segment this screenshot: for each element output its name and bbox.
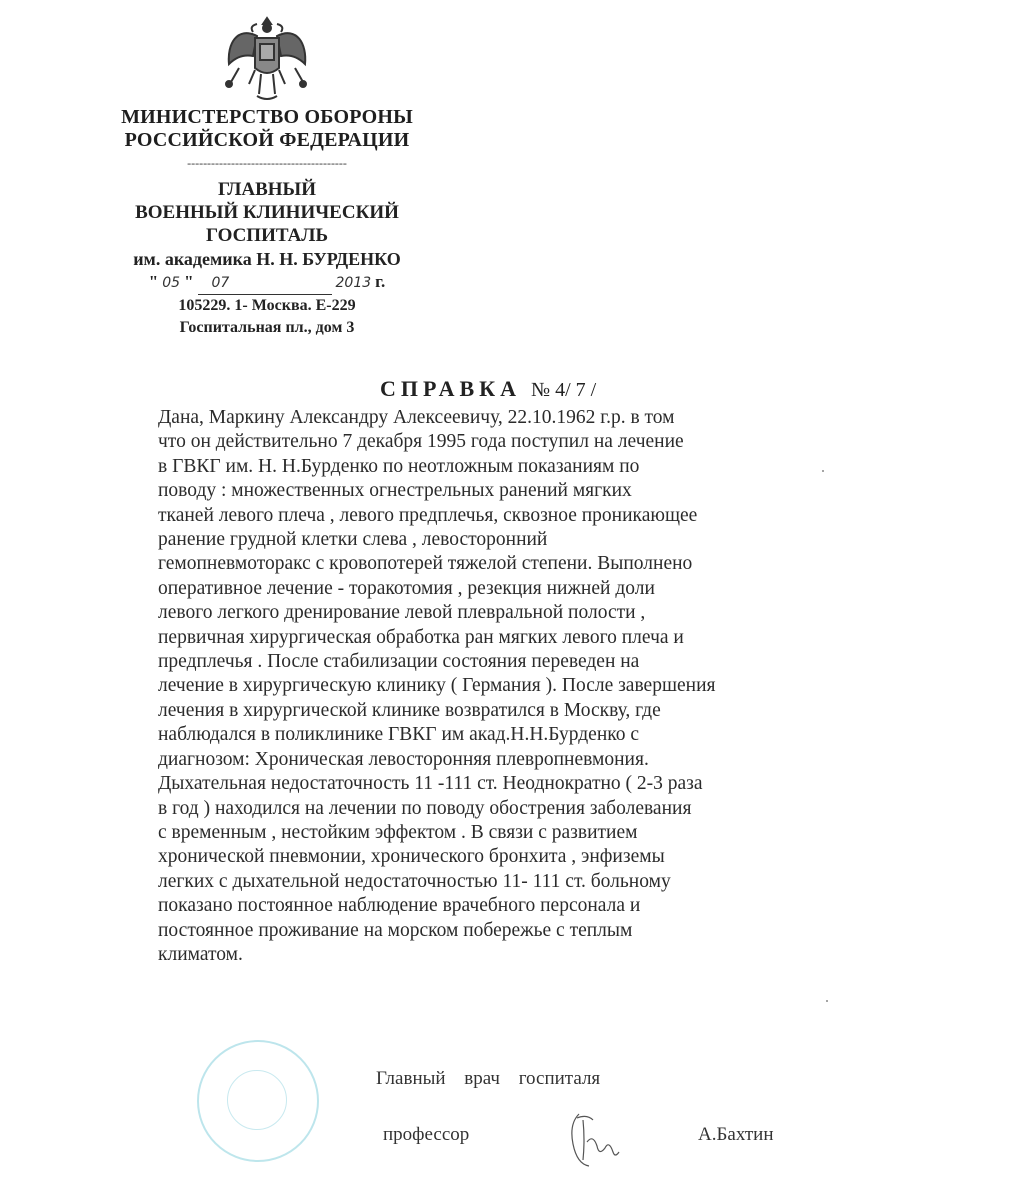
hospital-name-line-1: ГЛАВНЫЙ (112, 178, 422, 201)
body-line: ранение грудной клетки слева , левосторо… (158, 528, 848, 552)
address-line-2: Госпитальная пл., дом 3 (112, 317, 422, 339)
stamp-inner-ring (227, 1070, 287, 1130)
signatory-rank: профессор (383, 1124, 469, 1146)
letterhead: МИНИСТЕРСТВО ОБОРОНЫ РОССИЙСКОЙ ФЕДЕРАЦИ… (112, 14, 422, 339)
document-title: СПРАВКА№ 4/ 7 / (380, 376, 596, 402)
date-suffix: г. (375, 271, 385, 293)
body-line: что он действительно 7 декабря 1995 года… (158, 430, 848, 454)
scan-speck (822, 470, 824, 472)
body-line: Дыхательная недостаточность 11 -111 ст. … (158, 772, 848, 796)
document-number: № 4/ 7 / (531, 379, 596, 401)
hospital-name-line-3: ГОСПИТАЛЬ (112, 224, 422, 247)
scan-speck (826, 1000, 828, 1002)
ministry-name-line-1: МИНИСТЕРСТВО ОБОРОНЫ (112, 106, 422, 129)
body-line: хронической пневмонии, хронического брон… (158, 845, 848, 869)
separator-line: ---------------------------------------- (112, 156, 422, 170)
date-open-quote: " (149, 271, 158, 293)
body-line: постоянное проживание на морском побереж… (158, 919, 848, 943)
body-line: диагнозом: Хроническая левосторонняя пле… (158, 748, 848, 772)
body-line: климатом. (158, 943, 848, 967)
body-line: тканей левого плеча , левого предплечья,… (158, 504, 848, 528)
body-line: Дана, Маркину Александру Алексеевичу, 22… (158, 406, 848, 430)
body-line: наблюдался в поликлинике ГВКГ им акад.Н.… (158, 723, 848, 747)
body-line: поводу : множественных огнестрельных ран… (158, 479, 848, 503)
document-title-text: СПРАВКА (380, 376, 521, 401)
body-line: предплечья . После стабилизации состояни… (158, 650, 848, 674)
named-after: им. академика Н. Н. БУРДЕНКО (112, 247, 422, 271)
coat-of-arms-icon (217, 14, 317, 102)
body-line: в ГВКГ им. Н. Н.Бурденко по неотложным п… (158, 455, 848, 479)
body-line: оперативное лечение - торакотомия , резе… (158, 577, 848, 601)
body-line: левого легкого дренирование левой плевра… (158, 601, 848, 625)
date-day: 05 (162, 272, 180, 294)
body-line: первичная хирургическая обработка ран мя… (158, 626, 848, 650)
signatory-position: Главный врач госпиталя (376, 1068, 600, 1090)
body-line: гемопневмоторакс с кровопотерей тяжелой … (158, 552, 848, 576)
address-line-1: 105229. 1- Москва. Е-229 (112, 295, 422, 317)
signatory-name: А.Бахтин (698, 1124, 773, 1146)
body-line: лечения в хирургической клинике возврати… (158, 699, 848, 723)
body-line: легких с дыхательной недостаточностью 11… (158, 870, 848, 894)
ministry-name-line-2: РОССИЙСКОЙ ФЕДЕРАЦИИ (112, 129, 422, 152)
body-line: показано постоянное наблюдение врачебног… (158, 894, 848, 918)
date-year: 2013 (336, 272, 372, 294)
handwritten-signature-icon (565, 1108, 625, 1170)
certificate-body: Дана, Маркину Александру Алексеевичу, 22… (158, 406, 848, 967)
issue-date: " 05 " 07 2013 г. (112, 271, 422, 295)
official-stamp (197, 1040, 319, 1162)
hospital-name-line-2: ВОЕННЫЙ КЛИНИЧЕСКИЙ (112, 201, 422, 224)
date-close-quote: " (184, 271, 193, 293)
body-line: в год ) находился на лечении по поводу о… (158, 797, 848, 821)
body-line: с временным , нестойким эффектом . В свя… (158, 821, 848, 845)
body-line: лечение в хирургическую клинику ( Герман… (158, 674, 848, 698)
date-month: 07 (198, 272, 332, 295)
